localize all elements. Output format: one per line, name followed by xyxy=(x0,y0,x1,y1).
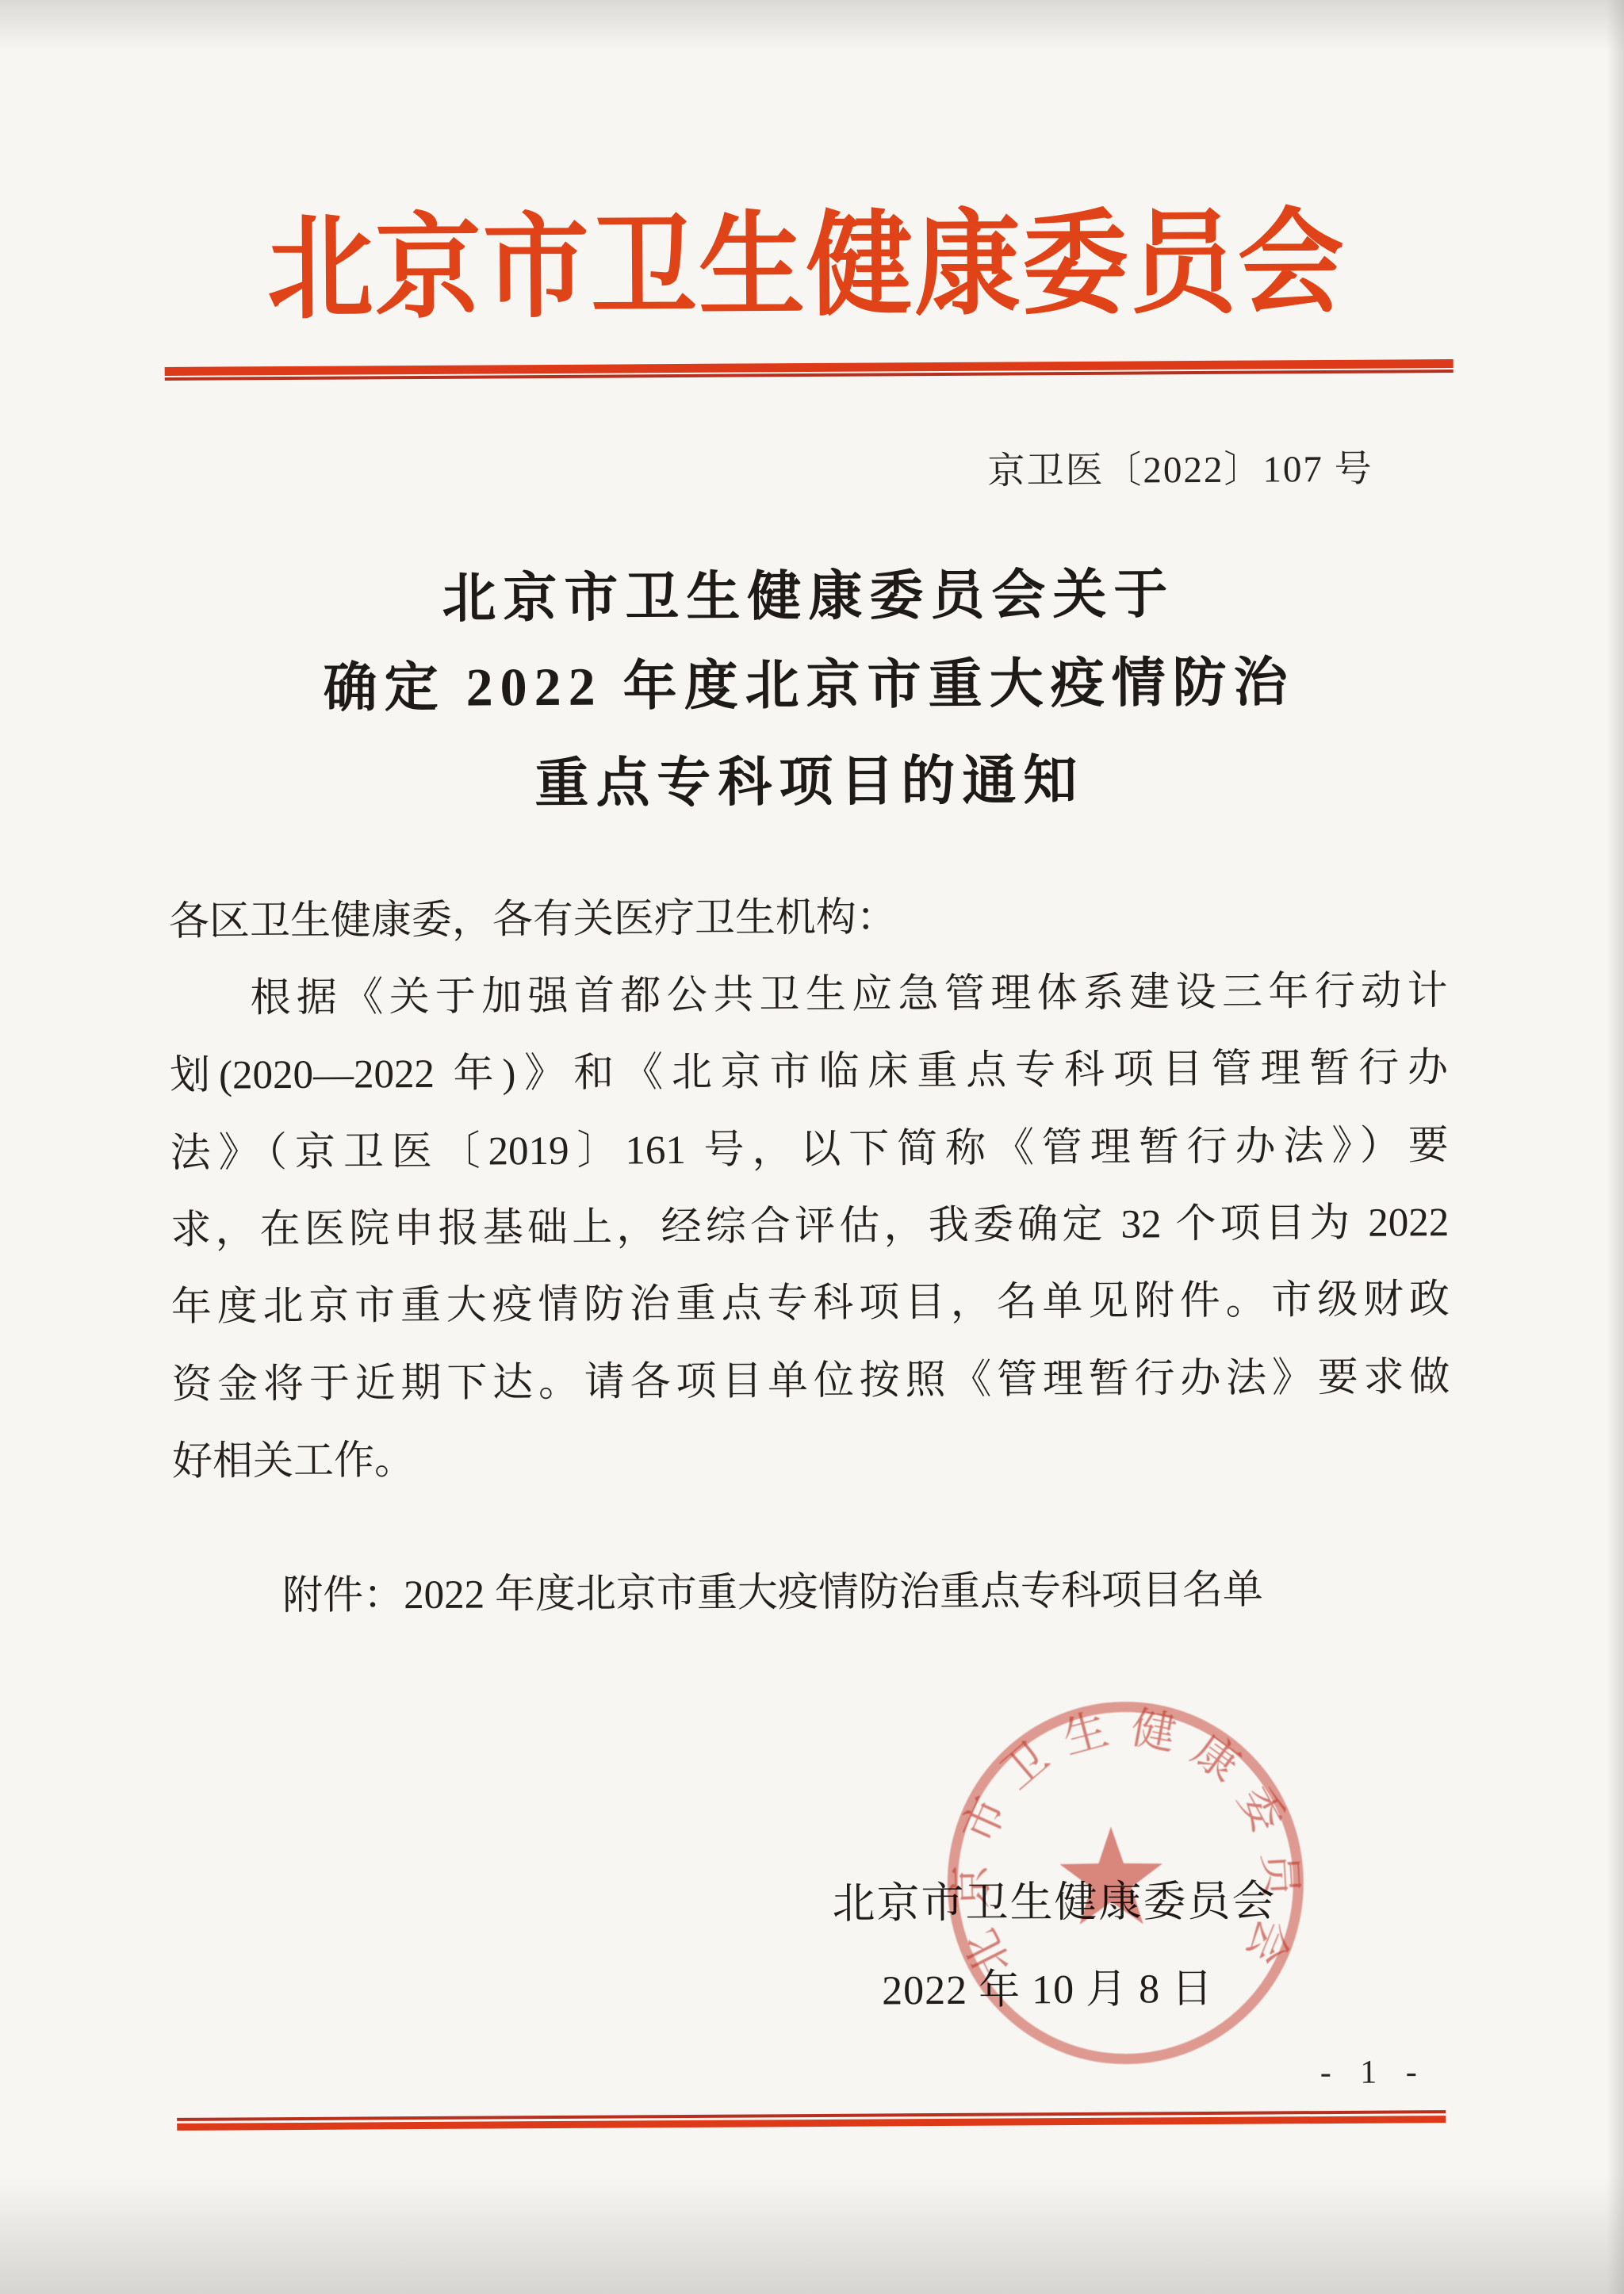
paragraph-line: 划(2020—2022 年)》和《北京市临床重点专科项目管理暂行办 xyxy=(170,1044,1448,1101)
document-number: 京卫医〔2022〕107 号 xyxy=(987,447,1373,494)
paragraph-line: 资金将于近期下达。请各项目单位按照《管理暂行办法》要求做 xyxy=(171,1353,1450,1410)
document-title-line-2: 确定 2022 年度北京市重大疫情防治 xyxy=(0,649,1621,722)
paragraph-line: 年度北京市重大疫情防治重点专科项目，名单见附件。市级财政 xyxy=(171,1275,1450,1332)
official-red-seal: 北京市卫生健康委员会 xyxy=(944,1698,1308,2067)
paragraph-line: 求，在医院申报基础上，经综合评估，我委确定 32 个项目为 2022 xyxy=(170,1198,1449,1255)
attachment-line: 附件：2022 年度北京市重大疫情防治重点专科项目名单 xyxy=(173,1564,1561,1622)
seal-arc-text-holder: 北京市卫生健康委员会 xyxy=(945,1702,1305,1984)
scanned-official-document: 北京市卫生健康委员会 京卫医〔2022〕107 号 北京市卫生健康委员会关于 确… xyxy=(0,0,1624,2294)
document-title-line-1: 北京市卫生健康委员会关于 xyxy=(0,560,1621,634)
page-number: - 1 - xyxy=(1320,2053,1427,2092)
paragraph-line: 法》（京卫医〔2019〕161 号，以下简称《管理暂行办法》）要 xyxy=(170,1121,1449,1178)
paragraph-line: 根据《关于加强首都公共卫生应急管理体系建设三年行动计 xyxy=(169,967,1447,1024)
paragraph-line-last: 好相关工作。 xyxy=(172,1430,1450,1487)
document-title-line-3: 重点专科项目的通知 xyxy=(0,745,1622,819)
seal-arc-text: 北京市卫生健康委员会 xyxy=(945,1702,1305,1984)
salutation-line: 各区卫生健康委，各有关医疗卫生机构： xyxy=(169,890,1447,947)
document-content: 北京市卫生健康委员会 京卫医〔2022〕107 号 北京市卫生健康委员会关于 确… xyxy=(0,0,1624,2294)
letterhead-org-name: 北京市卫生健康委员会 xyxy=(0,198,1618,335)
seal-star xyxy=(1059,1826,1162,1924)
